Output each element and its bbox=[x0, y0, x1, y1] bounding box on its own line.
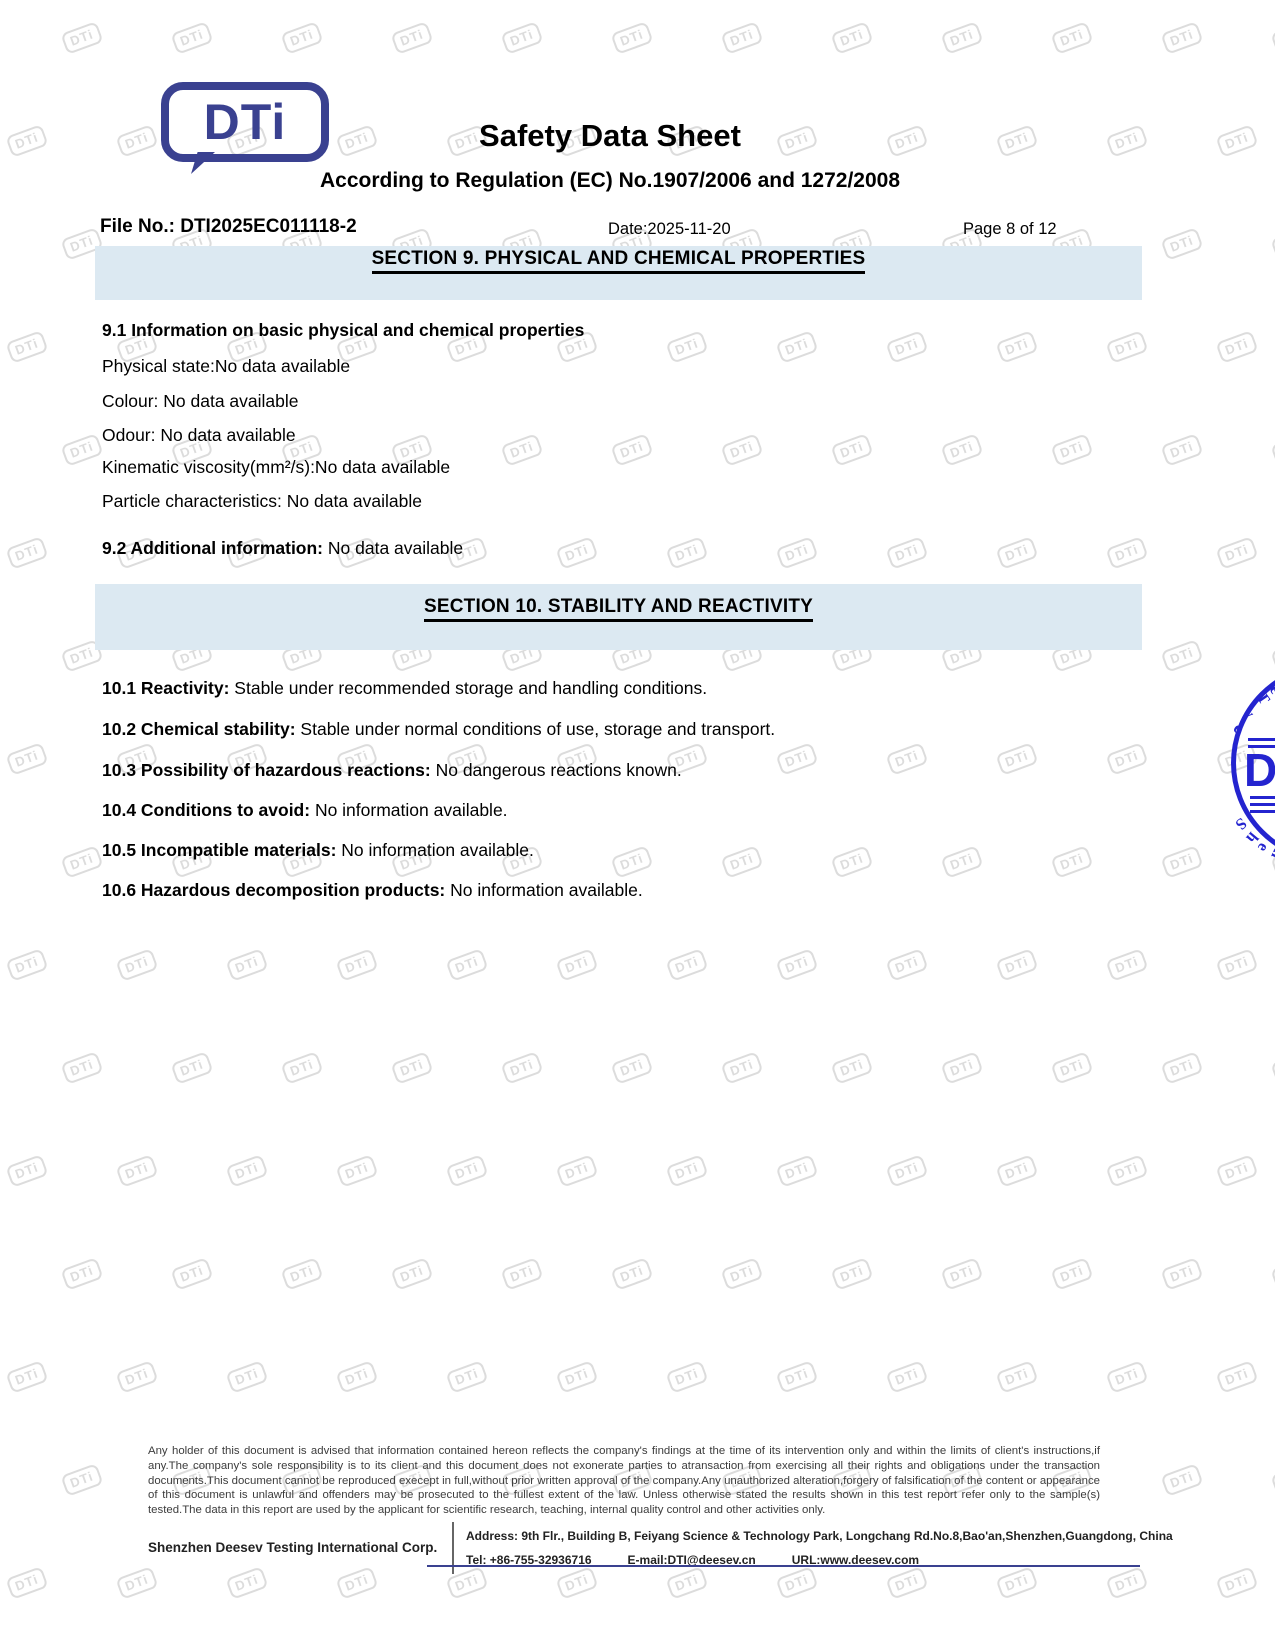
dti-watermark-icon: DTi bbox=[5, 330, 48, 364]
dti-watermark-icon: DTi bbox=[940, 845, 983, 879]
dti-watermark-icon: DTi bbox=[665, 948, 708, 982]
seal-center-letter: D bbox=[1244, 748, 1275, 792]
footer-horizontal-rule bbox=[427, 1565, 1140, 1567]
dti-watermark-icon: DTi bbox=[5, 948, 48, 982]
seal-stripes-top-icon bbox=[1248, 738, 1275, 752]
dti-watermark-icon: DTi bbox=[500, 1051, 543, 1085]
section9-title: SECTION 9. PHYSICAL AND CHEMICAL PROPERT… bbox=[372, 248, 866, 274]
document-date: Date:2025-11-20 bbox=[608, 220, 731, 239]
dti-watermark-icon: DTi bbox=[555, 1566, 598, 1600]
dti-watermark-icon: DTi bbox=[940, 21, 983, 55]
dti-watermark-icon: DTi bbox=[500, 1257, 543, 1291]
decomposition-products-value: No information available. bbox=[445, 880, 642, 900]
company-address: Address: 9th Flr., Building B, Feiyang S… bbox=[466, 1529, 1156, 1543]
dti-watermark-icon: DTi bbox=[885, 1360, 928, 1394]
chemical-stability-value: Stable under normal conditions of use, s… bbox=[296, 719, 776, 739]
dti-watermark-icon: DTi bbox=[1050, 433, 1093, 467]
dti-watermark-icon: DTi bbox=[115, 1154, 158, 1188]
particle-characteristics-line: Particle characteristics: No data availa… bbox=[102, 491, 422, 512]
dti-watermark-icon: DTi bbox=[940, 1257, 983, 1291]
incompatible-materials-line: 10.5 Incompatible materials: No informat… bbox=[102, 840, 534, 861]
document-title: Safety Data Sheet bbox=[0, 118, 1220, 154]
dti-watermark-icon: DTi bbox=[1105, 948, 1148, 982]
dti-watermark-icon: DTi bbox=[170, 1257, 213, 1291]
dti-watermark-icon: DTi bbox=[1160, 21, 1203, 55]
dti-watermark-icon: DTi bbox=[390, 1257, 433, 1291]
incompatible-materials-value: No information available. bbox=[336, 840, 533, 860]
dti-watermark-icon: DTi bbox=[1270, 1051, 1275, 1085]
dti-watermark-icon: DTi bbox=[885, 1154, 928, 1188]
dti-watermark-icon: DTi bbox=[995, 1154, 1038, 1188]
dti-watermark-icon: DTi bbox=[610, 1051, 653, 1085]
dti-watermark-icon: DTi bbox=[830, 845, 873, 879]
dti-watermark-icon: DTi bbox=[775, 948, 818, 982]
dti-watermark-icon: DTi bbox=[1050, 1257, 1093, 1291]
odour-line: Odour: No data available bbox=[102, 425, 296, 446]
dti-watermark-icon: DTi bbox=[665, 1360, 708, 1394]
section9-header-band: SECTION 9. PHYSICAL AND CHEMICAL PROPERT… bbox=[95, 246, 1142, 300]
dti-watermark-icon: DTi bbox=[5, 742, 48, 776]
dti-watermark-icon: DTi bbox=[885, 742, 928, 776]
chemical-stability-label: 10.2 Chemical stability: bbox=[102, 719, 296, 739]
dti-watermark-icon: DTi bbox=[60, 1463, 103, 1497]
dti-watermark-icon: DTi bbox=[225, 1360, 268, 1394]
dti-watermark-icon: DTi bbox=[1160, 845, 1203, 879]
dti-watermark-icon: DTi bbox=[665, 536, 708, 570]
section10-header-band: SECTION 10. STABILITY AND REACTIVITY bbox=[95, 584, 1142, 650]
dti-watermark-icon: DTi bbox=[60, 433, 103, 467]
dti-watermark-icon: DTi bbox=[1105, 1154, 1148, 1188]
seal-arc-letter: n bbox=[1266, 846, 1275, 862]
dti-watermark-icon: DTi bbox=[115, 948, 158, 982]
document-subtitle: According to Regulation (EC) No.1907/200… bbox=[0, 169, 1220, 193]
dti-watermark-icon: DTi bbox=[170, 21, 213, 55]
dti-watermark-icon: DTi bbox=[995, 948, 1038, 982]
dti-watermark-icon: DTi bbox=[1160, 1257, 1203, 1291]
dti-watermark-icon: DTi bbox=[830, 1257, 873, 1291]
dti-watermark-icon: DTi bbox=[720, 433, 763, 467]
dti-watermark-icon: DTi bbox=[335, 948, 378, 982]
dti-watermark-icon: DTi bbox=[5, 1154, 48, 1188]
page-indicator: Page 8 of 12 bbox=[963, 220, 1057, 239]
dti-watermark-icon: DTi bbox=[885, 536, 928, 570]
dti-watermark-icon: DTi bbox=[115, 1566, 158, 1600]
dti-watermark-icon: DTi bbox=[885, 1566, 928, 1600]
dti-watermark-icon: DTi bbox=[665, 330, 708, 364]
dti-watermark-icon: DTi bbox=[60, 21, 103, 55]
dti-watermark-icon: DTi bbox=[500, 433, 543, 467]
dti-watermark-icon: DTi bbox=[720, 1257, 763, 1291]
dti-watermark-icon: DTi bbox=[1270, 639, 1275, 673]
dti-watermark-icon: DTi bbox=[995, 742, 1038, 776]
dti-watermark-icon: DTi bbox=[1215, 536, 1258, 570]
dti-watermark-icon: DTi bbox=[225, 948, 268, 982]
dti-watermark-icon: DTi bbox=[885, 330, 928, 364]
dti-watermark-icon: DTi bbox=[775, 1360, 818, 1394]
dti-watermark-icon: DTi bbox=[280, 1257, 323, 1291]
hazardous-reactions-line: 10.3 Possibility of hazardous reactions:… bbox=[102, 760, 682, 781]
dti-watermark-icon: DTi bbox=[1050, 21, 1093, 55]
dti-watermark-icon: DTi bbox=[830, 433, 873, 467]
dti-watermark-icon: DTi bbox=[1105, 330, 1148, 364]
dti-watermark-icon: DTi bbox=[720, 21, 763, 55]
dti-watermark-icon: DTi bbox=[1105, 742, 1148, 776]
reactivity-value: Stable under recommended storage and han… bbox=[229, 678, 707, 698]
dti-watermark-icon: DTi bbox=[5, 536, 48, 570]
dti-watermark-icon: DTi bbox=[335, 1360, 378, 1394]
reactivity-line: 10.1 Reactivity: Stable under recommende… bbox=[102, 678, 707, 699]
dti-watermark-icon: DTi bbox=[995, 536, 1038, 570]
dti-watermark-icon: DTi bbox=[610, 21, 653, 55]
dti-watermark-icon: DTi bbox=[1105, 1566, 1148, 1600]
dti-watermark-icon: DTi bbox=[445, 1154, 488, 1188]
dti-watermark-icon: DTi bbox=[665, 1154, 708, 1188]
dti-watermark-icon: DTi bbox=[1215, 1360, 1258, 1394]
dti-watermark-icon: DTi bbox=[1215, 1154, 1258, 1188]
dti-watermark-icon: DTi bbox=[555, 1360, 598, 1394]
dti-watermark-icon: DTi bbox=[995, 1566, 1038, 1600]
dti-watermark-icon: DTi bbox=[610, 433, 653, 467]
dti-watermark-icon: DTi bbox=[1270, 227, 1275, 261]
dti-watermark-icon: DTi bbox=[775, 1566, 818, 1600]
dti-watermark-icon: DTi bbox=[60, 1051, 103, 1085]
section9-subheading: 9.1 Information on basic physical and ch… bbox=[102, 320, 584, 341]
dti-watermark-icon: DTi bbox=[500, 21, 543, 55]
dti-watermark-icon: DTi bbox=[1160, 227, 1203, 261]
dti-watermark-icon: DTi bbox=[720, 1051, 763, 1085]
colour-line: Colour: No data available bbox=[102, 391, 299, 412]
dti-watermark-icon: DTi bbox=[225, 1566, 268, 1600]
chemical-stability-line: 10.2 Chemical stability: Stable under no… bbox=[102, 719, 775, 740]
dti-watermark-icon: DTi bbox=[1270, 1463, 1275, 1497]
incompatible-materials-label: 10.5 Incompatible materials: bbox=[102, 840, 336, 860]
company-name: Shenzhen Deesev Testing International Co… bbox=[148, 1540, 437, 1555]
dti-watermark-icon: DTi bbox=[445, 1360, 488, 1394]
dti-watermark-icon: DTi bbox=[775, 742, 818, 776]
dti-watermark-icon: DTi bbox=[1270, 1257, 1275, 1291]
dti-watermark-icon: DTi bbox=[775, 1154, 818, 1188]
kinematic-viscosity-line: Kinematic viscosity(mm²/s):No data avail… bbox=[102, 457, 450, 478]
additional-information-value: No data available bbox=[323, 538, 463, 558]
dti-watermark-icon: DTi bbox=[1215, 1566, 1258, 1600]
dti-watermark-icon: DTi bbox=[390, 1051, 433, 1085]
dti-watermark-icon: DTi bbox=[830, 21, 873, 55]
dti-watermark-icon: DTi bbox=[1050, 845, 1093, 879]
dti-watermark-icon: DTi bbox=[1160, 639, 1203, 673]
dti-watermark-icon: DTi bbox=[115, 1360, 158, 1394]
additional-information-line: 9.2 Additional information: No data avai… bbox=[102, 538, 463, 559]
dti-watermark-icon: DTi bbox=[60, 1257, 103, 1291]
reactivity-label: 10.1 Reactivity: bbox=[102, 678, 229, 698]
dti-watermark-icon: DTi bbox=[1215, 330, 1258, 364]
dti-watermark-icon: DTi bbox=[280, 1051, 323, 1085]
dti-watermark-icon: DTi bbox=[995, 1360, 1038, 1394]
dti-watermark-icon: DTi bbox=[610, 845, 653, 879]
dti-watermark-icon: DTi bbox=[280, 21, 323, 55]
dti-watermark-icon: DTi bbox=[1105, 1360, 1148, 1394]
dti-watermark-icon: DTi bbox=[390, 21, 433, 55]
dti-watermark-icon: DTi bbox=[555, 948, 598, 982]
dti-watermark-icon: DTi bbox=[225, 1154, 268, 1188]
dti-watermark-icon: DTi bbox=[995, 330, 1038, 364]
dti-watermark-icon: DTi bbox=[5, 1360, 48, 1394]
dti-watermark-icon: DTi bbox=[5, 1566, 48, 1600]
conditions-to-avoid-line: 10.4 Conditions to avoid: No information… bbox=[102, 800, 508, 821]
conditions-to-avoid-label: 10.4 Conditions to avoid: bbox=[102, 800, 310, 820]
dti-watermark-icon: DTi bbox=[335, 1566, 378, 1600]
dti-watermark-icon: DTi bbox=[1270, 433, 1275, 467]
dti-watermark-icon: DTi bbox=[885, 948, 928, 982]
disclaimer-text: Any holder of this document is advised t… bbox=[148, 1444, 1100, 1518]
dti-watermark-icon: DTi bbox=[170, 1051, 213, 1085]
dti-watermark-icon: DTi bbox=[60, 845, 103, 879]
dti-watermark-icon: DTi bbox=[1270, 21, 1275, 55]
dti-watermark-icon: DTi bbox=[445, 948, 488, 982]
section10-title: SECTION 10. STABILITY AND REACTIVITY bbox=[424, 596, 813, 622]
additional-information-label: 9.2 Additional information: bbox=[102, 538, 323, 558]
dti-watermark-icon: DTi bbox=[610, 1257, 653, 1291]
dti-watermark-icon: DTi bbox=[335, 1154, 378, 1188]
dti-watermark-icon: DTi bbox=[1160, 433, 1203, 467]
dti-watermark-icon: DTi bbox=[720, 845, 763, 879]
decomposition-products-line: 10.6 Hazardous decomposition products: N… bbox=[102, 880, 643, 901]
conditions-to-avoid-value: No information available. bbox=[310, 800, 507, 820]
dti-watermark-icon: DTi bbox=[555, 536, 598, 570]
dti-watermark-icon: DTi bbox=[775, 330, 818, 364]
dti-watermark-icon: DTi bbox=[1160, 1051, 1203, 1085]
dti-watermark-icon: DTi bbox=[830, 1051, 873, 1085]
seal-stripes-bottom-icon bbox=[1250, 796, 1275, 814]
hazardous-reactions-label: 10.3 Possibility of hazardous reactions: bbox=[102, 760, 431, 780]
dti-watermark-icon: DTi bbox=[940, 1051, 983, 1085]
dti-watermark-icon: DTi bbox=[940, 433, 983, 467]
hazardous-reactions-value: No dangerous reactions known. bbox=[431, 760, 682, 780]
file-number: File No.: DTI2025EC011118-2 bbox=[100, 216, 357, 238]
decomposition-products-label: 10.6 Hazardous decomposition products: bbox=[102, 880, 445, 900]
dti-watermark-icon: DTi bbox=[1105, 536, 1148, 570]
dti-watermark-icon: DTi bbox=[1050, 1051, 1093, 1085]
dti-watermark-icon: DTi bbox=[665, 1566, 708, 1600]
dti-watermark-icon: DTi bbox=[1215, 948, 1258, 982]
dti-watermark-icon: DTi bbox=[555, 1154, 598, 1188]
physical-state-line: Physical state:No data available bbox=[102, 356, 350, 377]
dti-watermark-icon: DTi bbox=[1160, 1463, 1203, 1497]
dti-watermark-icon: DTi bbox=[1215, 124, 1258, 158]
dti-watermark-icon: DTi bbox=[775, 536, 818, 570]
